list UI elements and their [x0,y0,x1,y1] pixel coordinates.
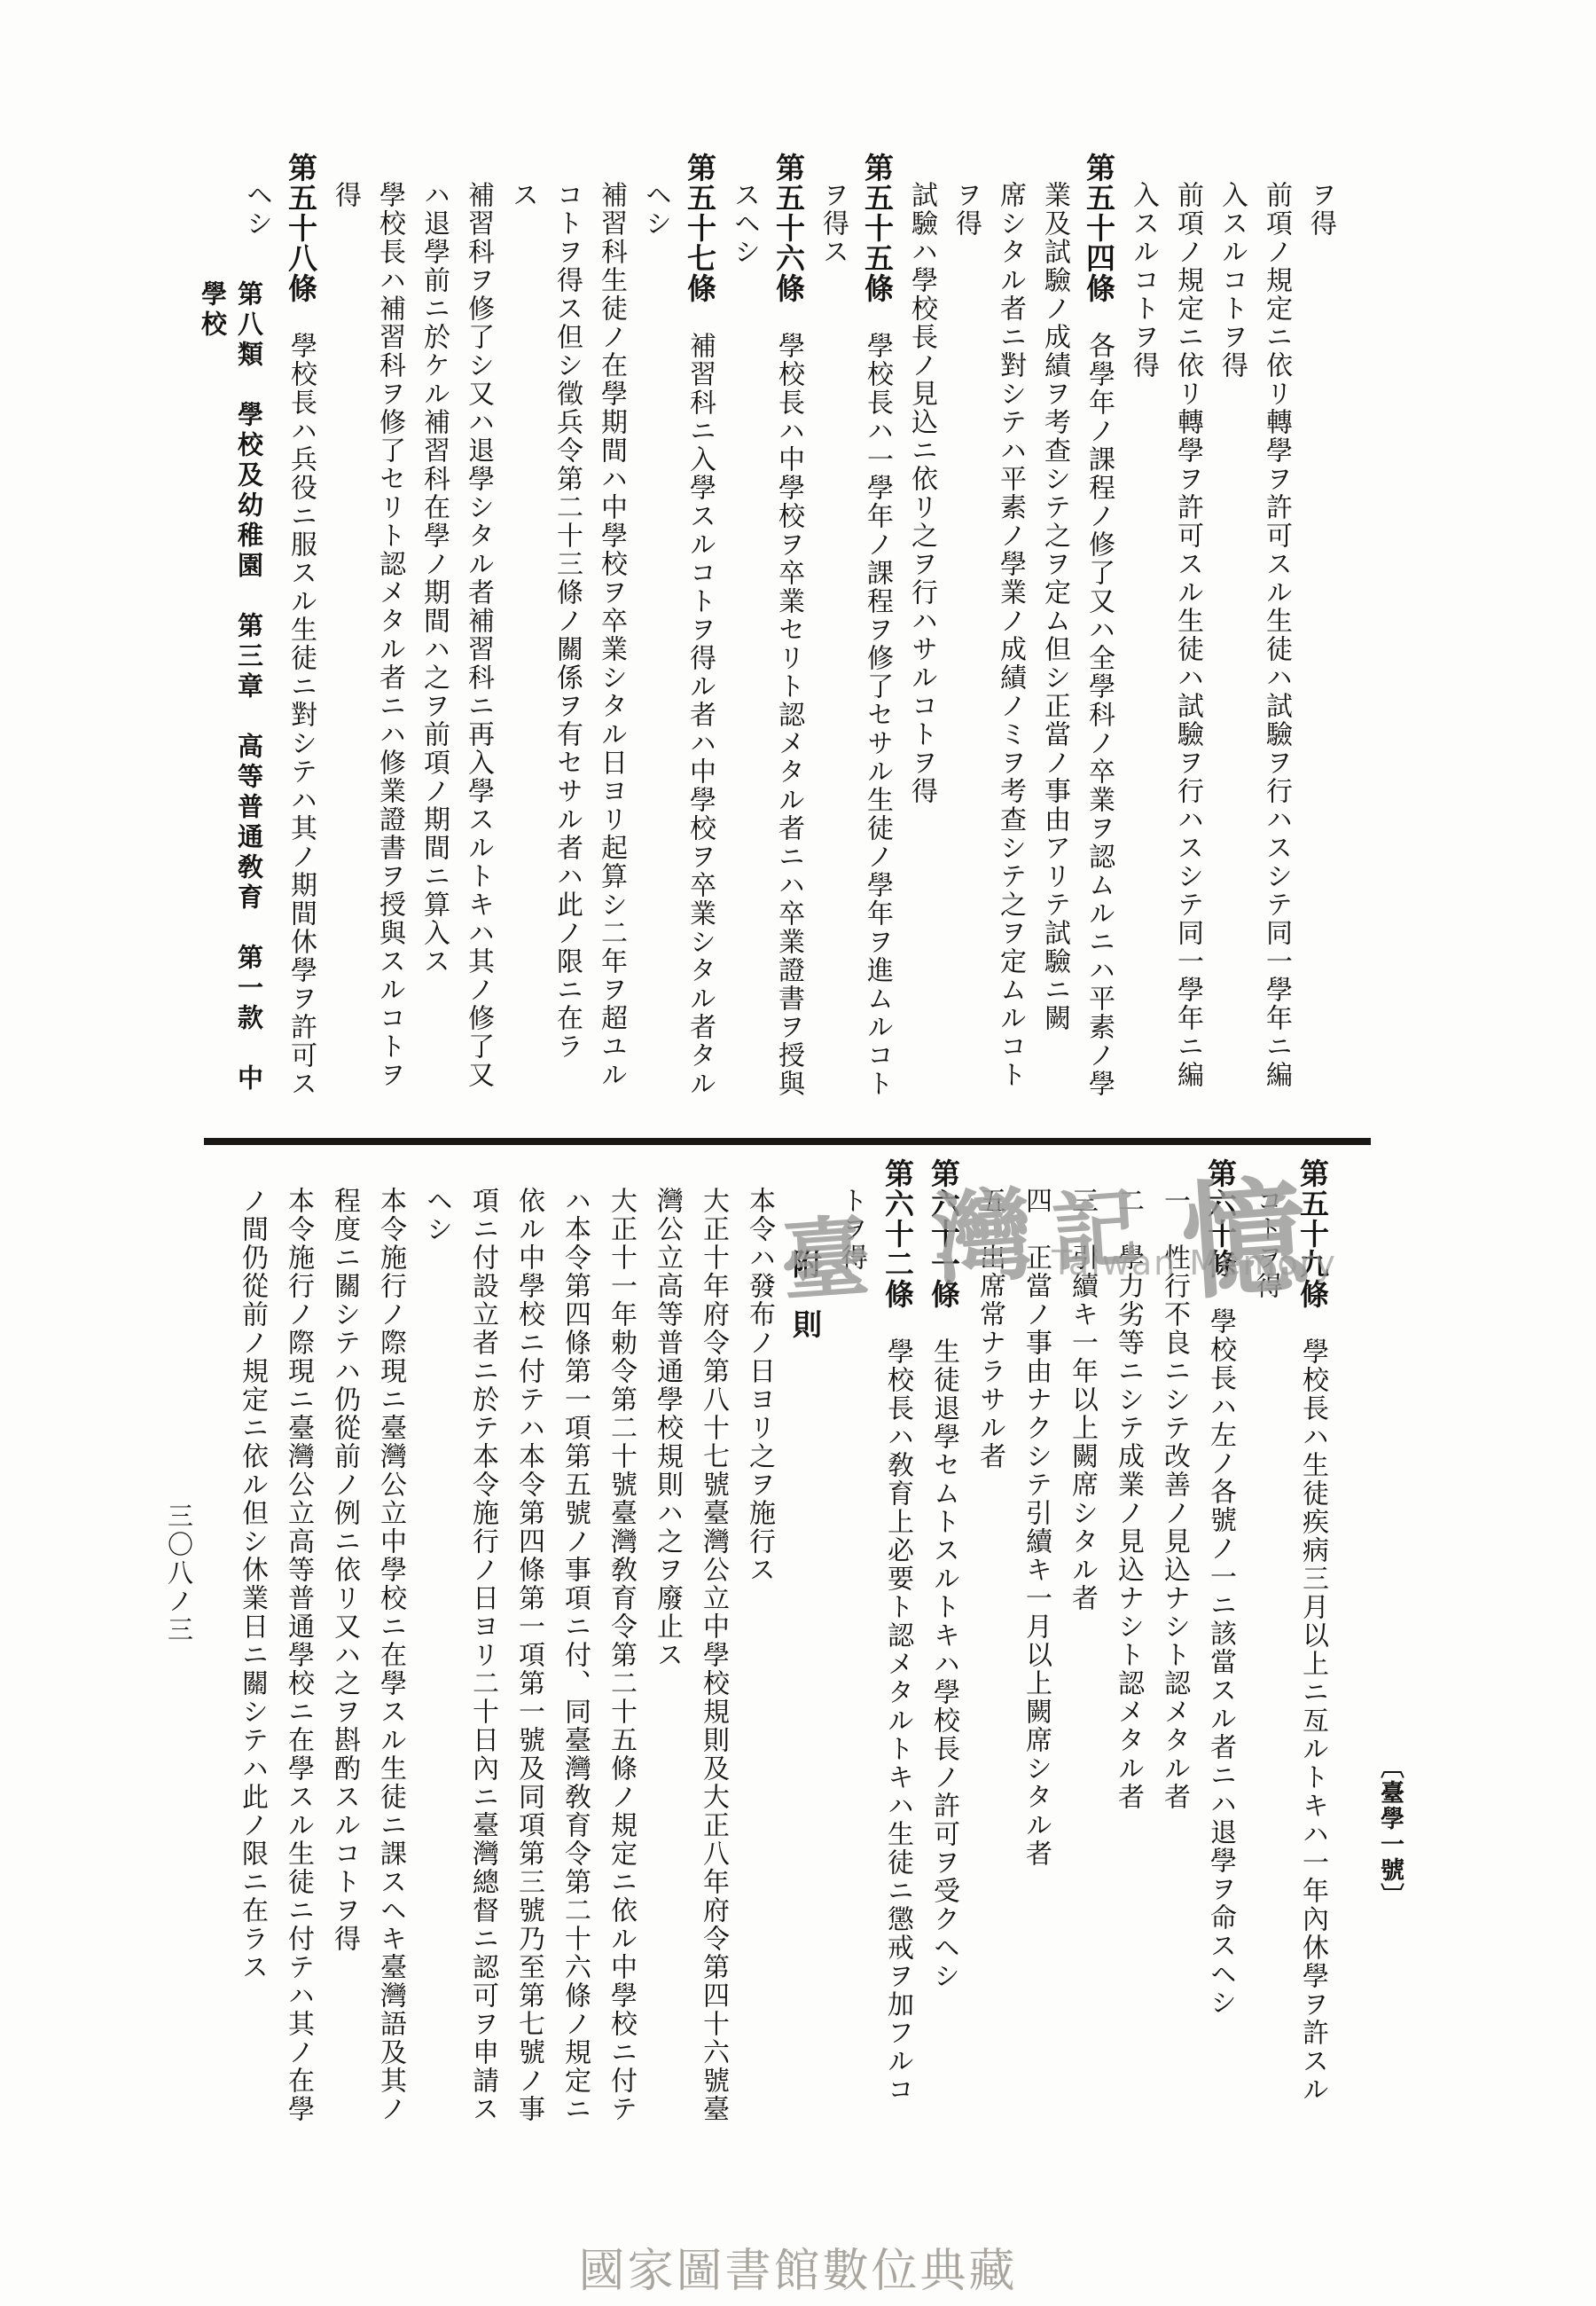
text-column: 前項ノ規定ニ依リ轉學ヲ許可スル生徒ハ試驗ヲ行ハスシテ同一學年ニ編 [1165,153,1209,1089]
article-number: 第六十一條 [927,1158,961,1309]
scanned-document-page: 第八類 學校及幼稚園 第三章 高等普通敎育 第一款 中學校 ヲ得 前項ノ規定ニ依… [0,0,1596,2306]
text-column: 第六十一條 生徒退學セムトスルトキハ學校長ノ許可ヲ受クヘシ [920,1158,966,1990]
column-text: 業及試驗ノ成績ヲ考查シテ之ヲ定ム但シ正當ノ事由アリテ試驗ニ闕 [1039,153,1070,1032]
text-column: コトヲ得ス但シ徵兵令第二十三條ノ關係ヲ有セサル者ハ此ノ限ニ在ラ [544,153,589,1061]
text-column: 附 則 [782,1158,828,1339]
column-text: ヲ得 [951,153,982,238]
column-text: 補習科ニ入學スルコトヲ得ル者ハ中學校ヲ卒業シタル者タル [685,303,716,1098]
margin-volume-label: 〔臺學一號〕 [1373,1754,1407,2109]
column-text: 生徒退學セムトスルトキハ學校長ノ許可ヲ受クヘシ [928,1309,959,1990]
column-text: 各學年ノ課程ノ修了又ハ全學科ノ卒業ヲ認ムルニハ平素ノ學 [1084,303,1115,1098]
column-text: 項ニ付設立者ニ於テ本令施行ノ日ヨリ二十日內ニ臺灣總督ニ認可ヲ申請ス [467,1158,498,2123]
text-column: ヲ得 [1298,153,1342,238]
column-text: 學校長ハ一學年ノ課程ヲ修了セサル生徒ノ學年ヲ進ムルコト [862,303,893,1098]
text-column: 第五十七條 補習科ニ入學スルコトヲ得ル者ハ中學校ヲ卒業シタル者タル [677,153,722,1098]
text-column: 席シタル者ニ對シテハ平素ノ學業ノ成績ノミヲ考查シテ之ヲ定ムルコト [988,153,1032,1089]
column-text: 學校長ハ敎育上必要ト認メタルトキハ生徒ニ懲戒ヲ加フルコ [882,1309,913,2104]
column-text: 學校長ハ補習科ヲ修了セリト認メタル者ニハ修業證書ヲ授與スルコトヲ [374,153,405,1089]
text-column: ヘシ [633,153,677,238]
article-number: 第五十七條 [683,153,717,303]
column-text: ヘシ [241,153,272,238]
article-number: 第六十條 [1203,1158,1238,1279]
text-column: トヲ得 [828,1158,874,1272]
text-column: 項ニ付設立者ニ於テ本令施行ノ日ヨリ二十日內ニ臺灣總督ニ認可ヲ申請ス [459,1158,505,2123]
text-column: 第五十六條 學校長ハ中學校ヲ卒業セリト認メタル者ニハ卒業證書ヲ授與 [766,153,810,1098]
text-column: 大正十年府令第八十七號臺灣公立中學校規則及大正八年府令第四十六號臺 [690,1158,736,2123]
text-column: ス [500,153,544,209]
text-column: 一 性行不良ニシテ改善ノ見込ナシト認メタル者 [1151,1158,1197,1811]
column-text: 試驗ハ學校長ノ見込ニ依リ之ヲ行ハサルコトヲ得 [906,153,937,805]
lower-text-block: 第五十九條 學校長ハ生徒疾病三月以上ニ亙ルトキハ一年內休學ヲ許スル コトヲ得第六… [227,1158,1335,2134]
column-text: 學校長ハ左ノ各號ノ一ニ該當スル者ニハ退學ヲ命スヘシ [1205,1279,1236,2017]
text-column: 大正十一年勅令第二十號臺灣敎育令第二十五條ノ規定ニ依ル中學校ニ付テ [598,1158,644,2123]
text-column: 第五十八條 學校長ハ兵役ニ服スル生徒ニ對シテハ其ノ期間休學ヲ許可ス [278,153,323,1098]
column-text: 本令施行ノ際現ニ臺灣公立高等普通學校ニ在學スル生徒ニ付テハ其ノ在學 [283,1158,314,2123]
column-text: 灣公立高等普通學校規則ハ之ヲ廢止ス [652,1158,683,1669]
text-column: 第五十九條 學校長ハ生徒疾病三月以上ニ亙ルトキハ一年內休學ヲ許スル [1289,1158,1335,2104]
column-text: 補習科生徒ノ在學期間ハ中學校ヲ卒業シタル日ヨリ起算シ二年ヲ超ユル [596,153,627,1089]
upper-text-block: ヲ得 前項ノ規定ニ依リ轉學ヲ許可スル生徒ハ試驗ヲ行ハスシテ同一學年ニ編 入スルコ… [232,153,1342,1132]
text-column: 得 [323,153,367,209]
column-text: 程度ニ關シテハ仍從前ノ例ニ依リ又ハ之ヲ斟酌スルコトヲ得 [329,1158,360,1953]
column-text: コトヲ得ス但シ徵兵令第二十三條ノ關係ヲ有セサル者ハ此ノ限ニ在ラ [552,153,583,1061]
column-text: 一 性行不良ニシテ改善ノ見込ナシト認メタル者 [1159,1158,1190,1811]
article-number: 第五十四條 [1082,153,1116,303]
column-text: 二 學力劣等ニシテ成業ノ見込ナシト認メタル者 [1113,1158,1144,1811]
text-column: 依ル中學校ニ付テハ本令第四條第一項第一號及同項第三號乃至第七號ノ事 [505,1158,552,2123]
text-column: ノ間仍從前ノ規定ニ依ル但シ休業日ニ關シテハ此ノ限ニ在ラス [229,1158,275,1981]
text-column: 第六十條 學校長ハ左ノ各號ノ一ニ該當スル者ニハ退學ヲ命スヘシ [1197,1158,1243,2017]
article-number: 第五十六條 [771,153,806,303]
horizontal-divider-rule [204,1138,1371,1145]
column-text: 依ル中學校ニ付テハ本令第四條第一項第一號及同項第三號乃至第七號ノ事 [513,1158,544,2123]
text-column: 補習科生徒ノ在學期間ハ中學校ヲ卒業シタル日ヨリ起算シ二年ヲ超ユル [589,153,633,1089]
text-column: 補習科ヲ修了シ又ハ退學シタル者補習科ニ再入學スルトキハ其ノ修了又 [456,153,500,1089]
column-text: 得 [330,153,361,209]
text-column: 五 出席常ナラサル者 [966,1158,1013,1471]
text-column: 二 學力劣等ニシテ成業ノ見込ナシト認メタル者 [1105,1158,1151,1811]
column-text: 大正十年府令第八十七號臺灣公立中學校規則及大正八年府令第四十六號臺 [698,1158,729,2123]
text-column: 試驗ハ學校長ノ見込ニ依リ之ヲ行ハサルコトヲ得 [899,153,943,805]
text-column: 第六十二條 學校長ハ敎育上必要ト認メタルトキハ生徒ニ懲戒ヲ加フルコ [874,1158,920,2104]
text-column: ハ退學前ニ於ケル補習科在學ノ期間ハ之ヲ前項ノ期間ニ算入ス [411,153,456,976]
column-text: 學校長ハ中學校ヲ卒業セリト認メタル者ニハ卒業證書ヲ授與 [773,303,804,1098]
column-text: 本令施行ノ際現ニ臺灣公立中學校ニ在學スル生徒ニ課スヘキ臺灣語及其ノ [375,1158,406,2123]
text-column: 本令ハ發布ノ日ヨリ之ヲ施行ス [736,1158,782,1584]
column-text: ハ退學前ニ於ケル補習科在學ノ期間ハ之ヲ前項ノ期間ニ算入ス [419,153,450,976]
text-column: ヘシ [234,153,278,238]
text-column: 入スルコトヲ得 [1121,153,1165,380]
column-text: 三 引續キ一年以上闕席シタル者 [1067,1158,1098,1612]
digital-archive-caption: 國家圖書館數位典藏 [567,2233,1029,2300]
column-text: ハ本令第四條第一項第五號ノ事項ニ付、同臺灣敎育令第二十六條ノ規定ニ [559,1158,591,2123]
column-text: 學校長ハ兵役ニ服スル生徒ニ對シテハ其ノ期間休學ヲ許可ス [286,303,317,1098]
text-column: ハ本令第四條第一項第五號ノ事項ニ付、同臺灣敎育令第二十六條ノ規定ニ [552,1158,598,2123]
column-text: ヲ得ス [818,153,849,266]
text-column: 前項ノ規定ニ依リ轉學ヲ許可スル生徒ハ試驗ヲ行ハスシテ同一學年ニ編 [1254,153,1298,1089]
column-text: ヘシ [421,1158,452,1243]
text-column: 第五十四條 各學年ノ課程ノ修了又ハ全學科ノ卒業ヲ認ムルニハ平素ノ學 [1076,153,1121,1098]
column-text: コトヲ得 [1251,1158,1282,1300]
article-number: 第五十五條 [860,153,895,303]
column-text: 入スルコトヲ得 [1128,153,1159,380]
article-number: 第五十九條 [1295,1158,1330,1309]
column-text: スヘシ [729,153,760,266]
text-column: ヲ得ス [810,153,855,266]
column-text: 補習科ヲ修了シ又ハ退學シタル者補習科ニ再入學スルトキハ其ノ修了又 [463,153,494,1089]
text-column: 灣公立高等普通學校規則ハ之ヲ廢止ス [644,1158,690,1669]
column-text: 入スルコトヲ得 [1217,153,1248,380]
article-number: 第六十二條 [880,1158,915,1309]
text-column: 學校長ハ補習科ヲ修了セリト認メタル者ニハ修業證書ヲ授與スルコトヲ [367,153,411,1089]
text-column: 第五十五條 學校長ハ一學年ノ課程ヲ修了セサル生徒ノ學年ヲ進ムルコト [855,153,899,1098]
column-text: 學校長ハ生徒疾病三月以上ニ亙ルトキハ一年內休學ヲ許スル [1297,1309,1328,2104]
column-text: ヲ得 [1305,153,1336,238]
column-text: ノ間仍從前ノ規定ニ依ル但シ休業日ニ關シテハ此ノ限ニ在ラス [237,1158,268,1981]
text-column: 業及試驗ノ成績ヲ考查シテ之ヲ定ム但シ正當ノ事由アリテ試驗ニ闕 [1032,153,1076,1032]
text-column: コトヲ得 [1243,1158,1289,1300]
text-column: 四 正當ノ事由ナクシテ引續キ一月以上闕席シタル者 [1013,1158,1059,1868]
article-number: 附 則 [788,1158,823,1339]
column-text: 本令ハ發布ノ日ヨリ之ヲ施行ス [744,1158,775,1584]
text-column: 三 引續キ一年以上闕席シタル者 [1059,1158,1105,1612]
article-number: 第五十八條 [284,153,318,303]
text-column: 本令施行ノ際現ニ臺灣公立中學校ニ在學スル生徒ニ課スヘキ臺灣語及其ノ [367,1158,413,2123]
column-text: 前項ノ規定ニ依リ轉學ヲ許可スル生徒ハ試驗ヲ行ハスシテ同一學年ニ編 [1172,153,1203,1089]
text-column: ヘシ [413,1158,459,1243]
column-text: トヲ得 [836,1158,867,1272]
column-text: 大正十一年勅令第二十號臺灣敎育令第二十五條ノ規定ニ依ル中學校ニ付テ [606,1158,637,2123]
column-text: 席シタル者ニ對シテハ平素ノ學業ノ成績ノミヲ考查シテ之ヲ定ムルコト [995,153,1026,1089]
text-column: 本令施行ノ際現ニ臺灣公立高等普通學校ニ在學スル生徒ニ付テハ其ノ在學 [275,1158,321,2123]
column-text: ス [507,153,538,209]
text-column: 程度ニ關シテハ仍從前ノ例ニ依リ又ハ之ヲ斟酌スルコトヲ得 [321,1158,367,1953]
text-column: スヘシ [722,153,766,266]
column-text: 四 正當ノ事由ナクシテ引續キ一月以上闕席シタル者 [1021,1158,1052,1868]
text-column: ヲ得 [943,153,988,238]
text-column: 入スルコトヲ得 [1209,153,1254,380]
column-text: ヘシ [640,153,671,238]
page-number: 三〇八ノ三 [161,1502,198,1698]
column-text: 前項ノ規定ニ依リ轉學ヲ許可スル生徒ハ試驗ヲ行ハスシテ同一學年ニ編 [1261,153,1292,1089]
column-text: 五 出席常ナラサル者 [974,1158,1005,1471]
